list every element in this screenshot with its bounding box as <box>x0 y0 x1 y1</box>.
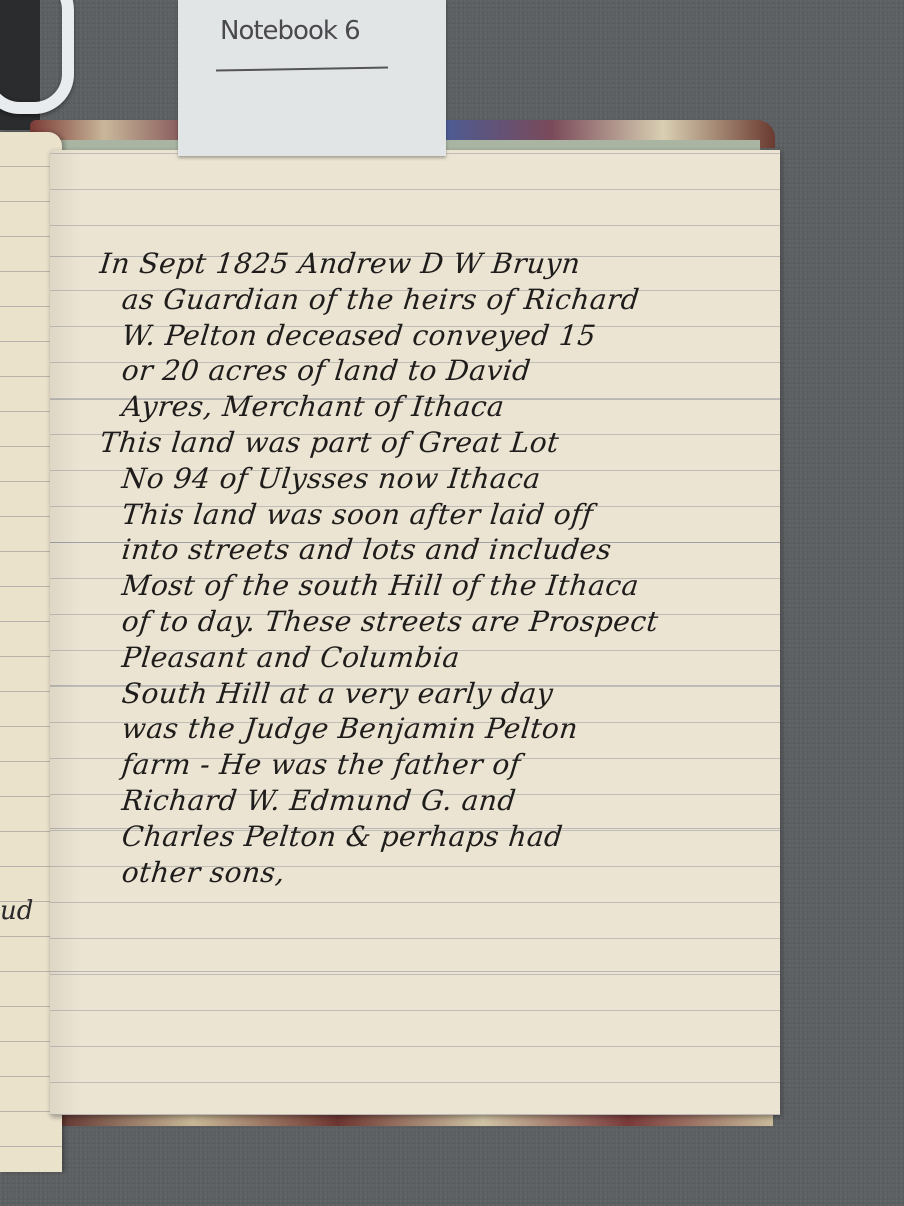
text-line: Pleasant and Columbia <box>98 640 792 676</box>
text-line: other sons, <box>98 855 792 891</box>
text-line: was the Judge Benjamin Pelton <box>98 711 792 747</box>
text-line: of to day. These streets are Prospect <box>98 604 792 640</box>
notebook-page: In Sept 1825 Andrew D W Bruyn as Guardia… <box>50 150 780 1115</box>
left-page-fragment: ud <box>0 896 33 926</box>
text-line: Most of the south Hill of the Ithaca <box>98 568 792 604</box>
text-line: farm - He was the father of <box>98 747 792 783</box>
notebook-label: Notebook 6 <box>220 16 360 46</box>
text-line: Charles Pelton & perhaps had <box>98 819 792 855</box>
text-line: W. Pelton deceased conveyed 15 <box>98 318 792 354</box>
handwritten-text: In Sept 1825 Andrew D W Bruyn as Guardia… <box>100 246 790 890</box>
text-line: into streets and lots and includes <box>98 532 792 568</box>
label-underline <box>216 66 388 71</box>
text-line: as Guardian of the heirs of Richard <box>98 282 792 318</box>
text-line: Richard W. Edmund G. and <box>98 783 792 819</box>
text-line: This land was soon after laid off <box>98 497 792 533</box>
notebook-label-card: Notebook 6 <box>178 0 446 156</box>
text-line: No 94 of Ulysses now Ithaca <box>98 461 792 497</box>
text-line: This land was part of Great Lot <box>98 425 792 461</box>
text-line: In Sept 1825 Andrew D W Bruyn <box>98 246 792 282</box>
text-line: Ayres, Merchant of Ithaca <box>98 389 792 425</box>
text-line: or 20 acres of land to David <box>98 353 792 389</box>
white-cord <box>0 0 74 114</box>
text-line: South Hill at a very early day <box>98 676 792 712</box>
